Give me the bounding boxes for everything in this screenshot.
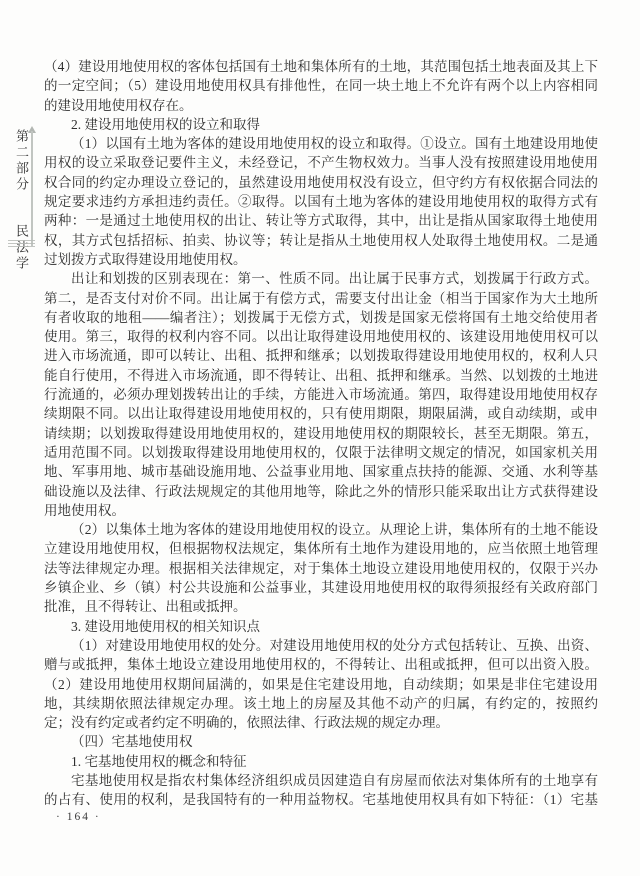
text-line: 用权的设立采取登记要件主义，未经登记，不产生物权效力。当事人没有按照建设用地使用: [44, 153, 598, 172]
text-line: 使用。第三，取得的权利内容不同。以出让取得建设用地使用权的、该建设用地使用权可以: [44, 327, 598, 346]
heading-line: 3. 建设用地使用权的相关知识点: [44, 617, 598, 636]
page-number: · 164 ·: [56, 811, 101, 823]
sidebar-label: 第二部分 民法学: [12, 129, 31, 272]
text-line: 用地使用权。: [44, 501, 598, 520]
text-line: 地，其续期依照法律规定办理。该土地上的房屋及其他不动产的归属，有约定的，按照约: [44, 694, 598, 713]
text-line: 乡镇企业、乡（镇）村公共设施和公益事业，其建设用地使用权的取得须报经有关政府部门: [44, 578, 598, 597]
text-line: 行流通的，必须办理划拨转出让的手续，方能进入市场流通。第四，取得建设用地使用权存: [44, 385, 598, 404]
book-page: 第二部分 民法学 （4）建设用地使用权的客体包括国有土地和集体所有的土地，其范围…: [0, 0, 640, 876]
text-line: 续期限不同。以出让取得建设用地使用权的，只有使用期限，期限届满，或自动续期，或申: [44, 404, 598, 423]
text-line: 础设施以及法律、行政法规规定的其他用地等，除此之外的情形只能采取出让方式获得建设: [44, 482, 598, 501]
text-line: 批准，且不得转让、出租或抵押。: [44, 597, 598, 616]
text-line: 权，其方式包括招标、拍卖、协议等；转让是指从土地使用权人处取得土地使用权。二是通: [44, 231, 598, 250]
text-line: 过划拨方式取得建设用地使用权。: [44, 250, 598, 269]
heading-line: 1. 宅基地使用权的概念和特征: [44, 752, 598, 771]
text-line: （4）建设用地使用权的客体包括国有土地和集体所有的土地，其范围包括土地表面及其上…: [44, 57, 598, 76]
sidebar-tab: 第二部分 民法学: [0, 0, 42, 300]
heading-line: 2. 建设用地使用权的设立和取得: [44, 115, 598, 134]
text-line: 宅基地使用权是指农村集体经济组织成员因建造自有房屋而依法对集体所有的土地享有: [44, 771, 598, 790]
text-line: 规定要求违约方承担违约责任。②取得。以国有土地为客体的建设用地使用权的取得方式有: [44, 192, 598, 211]
text-line: 的占有、使用的权利，是我国特有的一种用益物权。宅基地使用权具有如下特征：（1）宅…: [44, 790, 598, 809]
text-line: 出让和划拨的区别表现在：第一、性质不同。出让属于民事方式，划拨属于行政方式。: [44, 269, 598, 288]
text-line: 地、军事用地、城市基础设施用地、公益事业用地、国家重点扶持的能源、交通、水利等基: [44, 462, 598, 481]
text-line: 两种：一是通过土地使用权的出让、转让等方式取得，其中，出让是指从国家取得土地使用: [44, 211, 598, 230]
text-line: 能自行使用，不得进入市场流通，即不得转让、出租、抵押和继承。当然、以划拨的土地进: [44, 366, 598, 385]
text-line: （1）对建设用地使用权的处分。对建设用地使用权的处分方式包括转让、互换、出资、: [44, 636, 598, 655]
heading-line: （四）宅基地使用权: [44, 732, 598, 751]
text-line: 适用范围不同。以划拨取得建设用地使用权的，仅限于法律明文规定的情况，如国家机关用: [44, 443, 598, 462]
text-line: （2）建设用地使用权期间届满的，如果是住宅建设用地，自动续期；如果是非住宅建设用: [44, 675, 598, 694]
text-content: （4）建设用地使用权的客体包括国有土地和集体所有的土地，其范围包括土地表面及其上…: [44, 57, 598, 810]
text-line: 定；没有约定或者约定不明确的，依照法律、行政法规的规定办理。: [44, 713, 598, 732]
text-line: （1）以国有土地为客体的建设用地使用权的设立和取得。①设立。国有土地建设用地使: [44, 134, 598, 153]
text-line: 进入市场流通，即可以转让、出租、抵押和继承；以划拨取得建设用地使用权的，权利人只: [44, 346, 598, 365]
stripes-decoration: [8, 240, 35, 249]
text-line: 的一定空间；（5）建设用地使用权具有排他性，在同一块土地上不允许有两个以上内容相…: [44, 76, 598, 95]
text-line: 第二，是否支付对价不同。出让属于有偿方式，需要支付出让金（相当于国家作为大土地所: [44, 289, 598, 308]
text-line: 权合同的约定办理设立登记的，虽然建设用地使用权没有设立，但守约方有权依据合同法的: [44, 173, 598, 192]
text-line: 法等法律规定办理。根据相关法律规定，对于集体土地设立建设用地使用权的，仅限于兴办: [44, 559, 598, 578]
text-line: 赠与或抵押，集体土地设立建设用地使用权的，不得转让、出租或抵押，但可以出资入股。: [44, 655, 598, 674]
text-line: 的建设用地使用权存在。: [44, 96, 598, 115]
text-line: 有者收取的地租——编者注）；划拨属于无偿方式，划拨是国家无偿将国有土地交给使用者: [44, 308, 598, 327]
text-line: （2）以集体土地为客体的建设用地使用权的设立。从理论上讲，集体所有的土地不能设: [44, 520, 598, 539]
text-line: 立建设用地使用权，但根据物权法规定，集体所有土地作为建设用地的，应当依照土地管理: [44, 539, 598, 558]
text-line: 请续期；以划拨取得建设用地使用权的，建设用地使用权的期限较长，甚至无期限。第五，: [44, 424, 598, 443]
sidebar-part-label: 第二部分: [12, 129, 31, 193]
